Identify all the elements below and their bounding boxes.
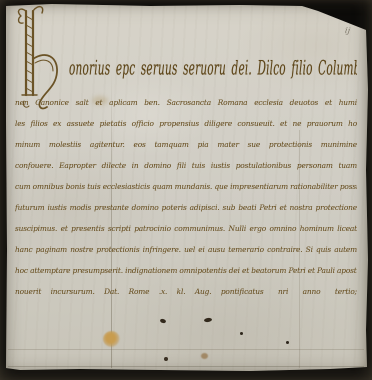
- text-line: minum molestiis agitentur. eos tamquam p…: [15, 134, 357, 155]
- text-line: nouerit incursurum. Dat. Rome .x. kl. Au…: [15, 281, 357, 302]
- text-line: nen Canonice salt et aplicam ben. Sacros…: [15, 92, 357, 113]
- text-line: futurum iustis modis prestante domino po…: [15, 197, 357, 218]
- text-line: cum omnibus bonis tuis ecclesiasticis qu…: [15, 176, 357, 197]
- text-line: hoc attemptare presumpserit. indignation…: [15, 260, 357, 281]
- manuscript-photo: onorius epc seruus seruoru dei. Dilco fi…: [0, 0, 372, 380]
- text-line: les filios ex assuete pietatis officio p…: [15, 113, 357, 134]
- opening-line: onorius epc seruus seruoru dei. Dilco fi…: [69, 48, 357, 94]
- body-text: nen Canonice salt et aplicam ben. Sacros…: [15, 92, 357, 302]
- text-line: hanc paginam nostre protectionis infring…: [15, 239, 357, 260]
- text-line: confouere. Eapropter dilecte in domino f…: [15, 155, 357, 176]
- text-line: suscipimus. et presentis scripti patroci…: [15, 218, 357, 239]
